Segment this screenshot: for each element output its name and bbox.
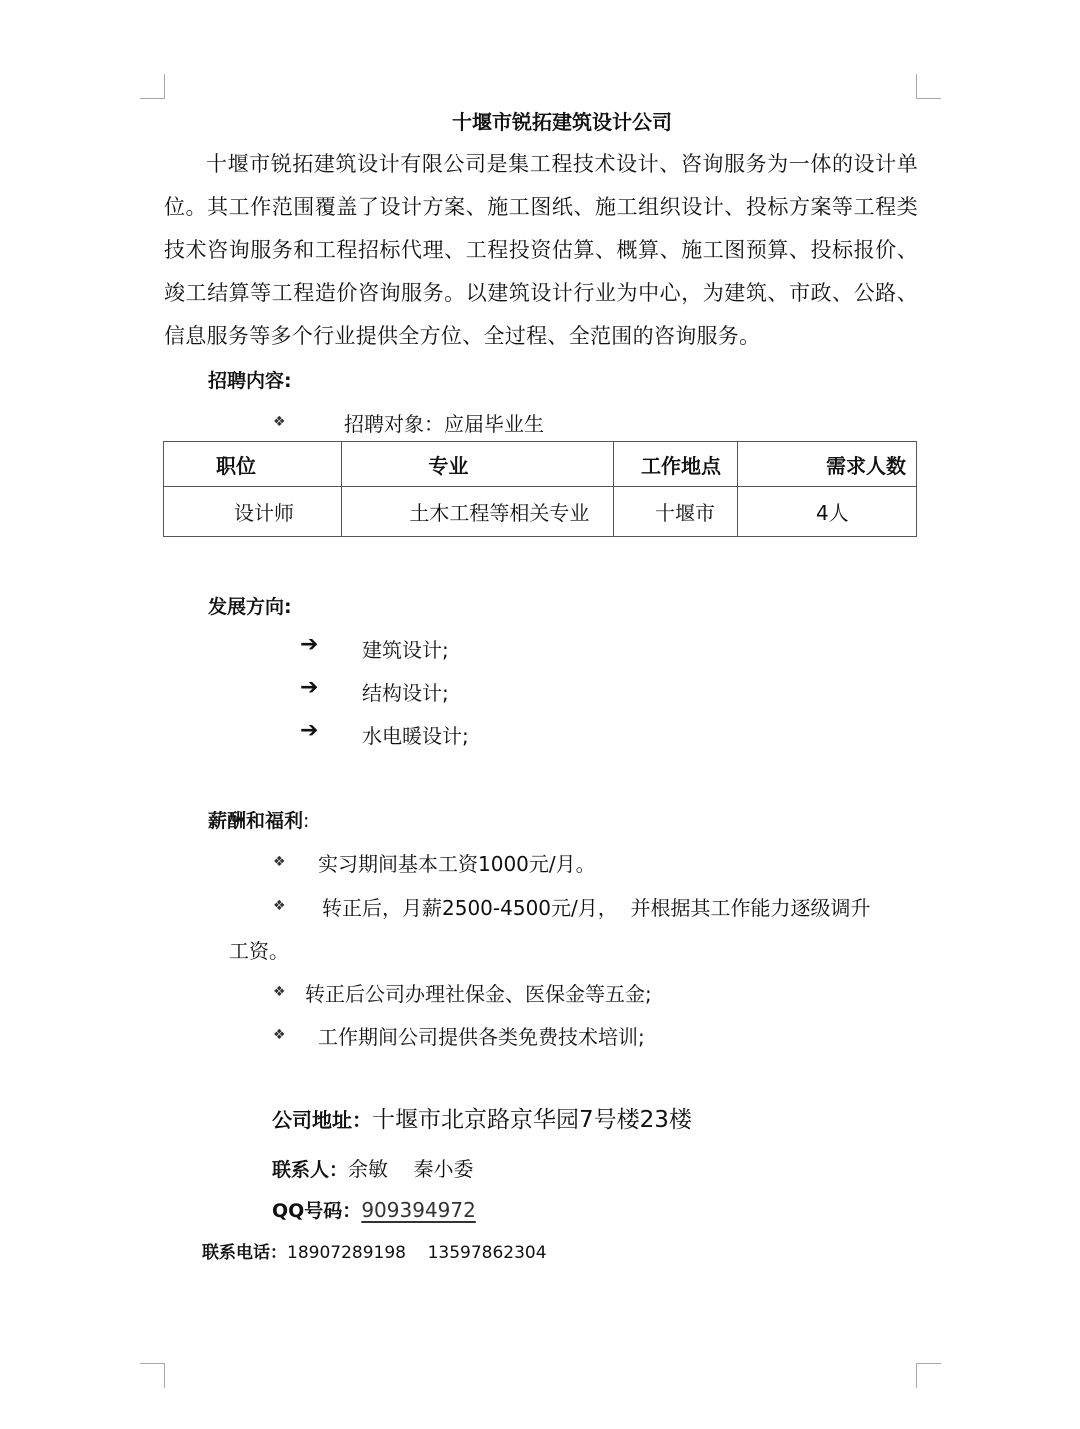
development-heading: 发展方向: bbox=[208, 592, 292, 619]
benefit-item: 实习期间基本工资1000元/月。 bbox=[318, 848, 596, 877]
arrow-right-icon: ➔ bbox=[300, 675, 318, 700]
cell-headcount: 4人 bbox=[737, 487, 916, 537]
benefit-item: 转正后公司办理社保金、医保金等五金; bbox=[305, 978, 652, 1007]
benefit-item: 转正后，月薪2500-4500元/月， 并根据其工作能力逐级调升 bbox=[322, 892, 870, 921]
job-table: 职位 专业 工作地点 需求人数 设计师 土木工程等相关专业 十堰市 4人 bbox=[163, 441, 917, 537]
cell-position: 设计师 bbox=[164, 487, 342, 537]
page-corner-mark-top-left bbox=[140, 74, 165, 99]
qq-number-link[interactable]: 909394972 bbox=[361, 1198, 476, 1222]
contact-person-label: 联系人： bbox=[272, 1159, 348, 1181]
recruitment-target: 招聘对象：应届毕业生 bbox=[344, 408, 544, 437]
address-value: 十堰市北京路京华园7号楼23楼 bbox=[372, 1107, 692, 1133]
arrow-right-icon: ➔ bbox=[300, 718, 318, 743]
benefits-heading-colon: : bbox=[303, 810, 309, 832]
header-location: 工作地点 bbox=[613, 442, 737, 487]
company-intro-paragraph: 十堰市锐拓建筑设计有限公司是集工程技术设计、咨询服务为一体的设计单位。其工作范围… bbox=[164, 143, 918, 358]
page-title: 十堰市锐拓建筑设计公司 bbox=[0, 106, 1080, 135]
address-line: 公司地址：十堰市北京路京华园7号楼23楼 bbox=[272, 1101, 692, 1134]
contact-person-value: 余敏 秦小委 bbox=[348, 1157, 473, 1181]
page-corner-mark-bottom-left bbox=[140, 1363, 165, 1388]
diamond-bullet-icon: ❖ bbox=[273, 414, 286, 430]
contact-person-line: 联系人：余敏 秦小委 bbox=[272, 1153, 473, 1182]
page-corner-mark-top-right bbox=[916, 74, 941, 99]
page-corner-mark-bottom-right bbox=[916, 1363, 941, 1388]
arrow-right-icon: ➔ bbox=[300, 632, 318, 657]
development-item: 结构设计; bbox=[362, 677, 449, 706]
table-header-row: 职位 专业 工作地点 需求人数 bbox=[164, 442, 917, 487]
table-row: 设计师 土木工程等相关专业 十堰市 4人 bbox=[164, 487, 917, 537]
cell-location: 十堰市 bbox=[613, 487, 737, 537]
diamond-bullet-icon: ❖ bbox=[273, 898, 286, 914]
diamond-bullet-icon: ❖ bbox=[273, 984, 286, 1000]
benefit-item-continuation: 工资。 bbox=[229, 935, 289, 964]
phone-label: 联系电话： bbox=[202, 1243, 287, 1263]
development-item: 水电暖设计; bbox=[362, 720, 469, 749]
diamond-bullet-icon: ❖ bbox=[273, 854, 286, 870]
header-position: 职位 bbox=[164, 442, 342, 487]
benefit-item: 工作期间公司提供各类免费技术培训; bbox=[318, 1021, 645, 1050]
phone-line: 联系电话：18907289198 13597862304 bbox=[202, 1238, 547, 1263]
qq-label: QQ号码： bbox=[272, 1200, 361, 1222]
header-major: 专业 bbox=[342, 442, 613, 487]
benefits-heading-line: 薪酬和福利: bbox=[208, 806, 309, 833]
qq-line: QQ号码：909394972 bbox=[272, 1196, 476, 1223]
header-headcount: 需求人数 bbox=[737, 442, 916, 487]
recruitment-heading: 招聘内容: bbox=[208, 366, 292, 393]
benefits-heading: 薪酬和福利 bbox=[208, 810, 303, 832]
development-item: 建筑设计; bbox=[362, 634, 449, 663]
address-label: 公司地址： bbox=[272, 1108, 372, 1132]
diamond-bullet-icon: ❖ bbox=[273, 1027, 286, 1043]
cell-major: 土木工程等相关专业 bbox=[342, 487, 613, 537]
phone-value: 18907289198 13597862304 bbox=[287, 1243, 547, 1263]
